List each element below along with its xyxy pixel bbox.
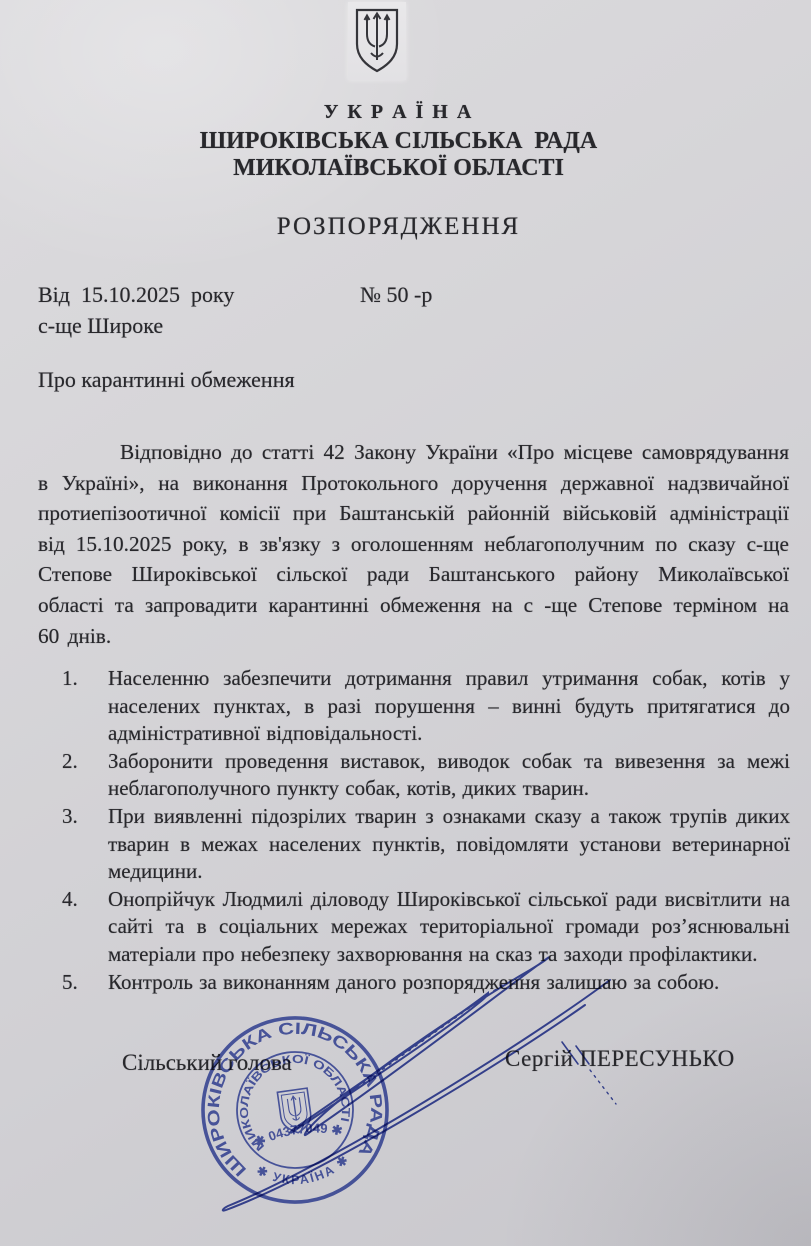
list-item: 1. Населенню забезпечити дотримання прав… (38, 665, 790, 748)
organization-name-line2: МИКОЛАЇВСЬКОЇ ОБЛАСТІ (0, 155, 797, 182)
scanned-document-page: У К Р А Ї Н А ШИРОКІВСЬКА СІЛЬСЬКА РАДА … (0, 0, 811, 1246)
country-name: У К Р А Ї Н А (0, 101, 797, 124)
tryzub-emblem-icon (354, 8, 400, 74)
organization-name-line1: ШИРОКІВСЬКА СІЛЬСЬКА РАДА (0, 128, 797, 155)
list-item: 2. Заборонити проведення виставок, вивод… (38, 748, 790, 803)
list-item-number: 1. (38, 665, 108, 693)
signature-strokes (170, 930, 650, 1240)
list-item-number: 4. (38, 886, 108, 914)
intro-paragraph: Відповідно до статті 42 Закону України «… (38, 437, 789, 651)
list-item-text: Населенню забезпечити дотримання правил … (108, 665, 790, 748)
coat-of-arms-patch (348, 2, 406, 80)
document-subject: Про карантинні обмеження (38, 367, 295, 393)
list-item-number: 2. (38, 748, 108, 776)
list-item: 3. При виявленні підозрілих тварин з озн… (38, 803, 790, 886)
document-place: с-ще Широке (38, 313, 163, 339)
list-item-number: 3. (38, 803, 108, 831)
document-number: № 50 -р (360, 282, 432, 308)
list-item-text: Заборонити проведення виставок, виводок … (108, 748, 790, 803)
list-item-number: 5. (38, 969, 108, 997)
handwritten-signature (170, 930, 650, 1240)
list-item-text: При виявленні підозрілих тварин з ознака… (108, 803, 790, 886)
document-date: Від 15.10.2025 року (38, 282, 234, 308)
document-type-title: РОЗПОРЯДЖЕННЯ (0, 213, 797, 241)
